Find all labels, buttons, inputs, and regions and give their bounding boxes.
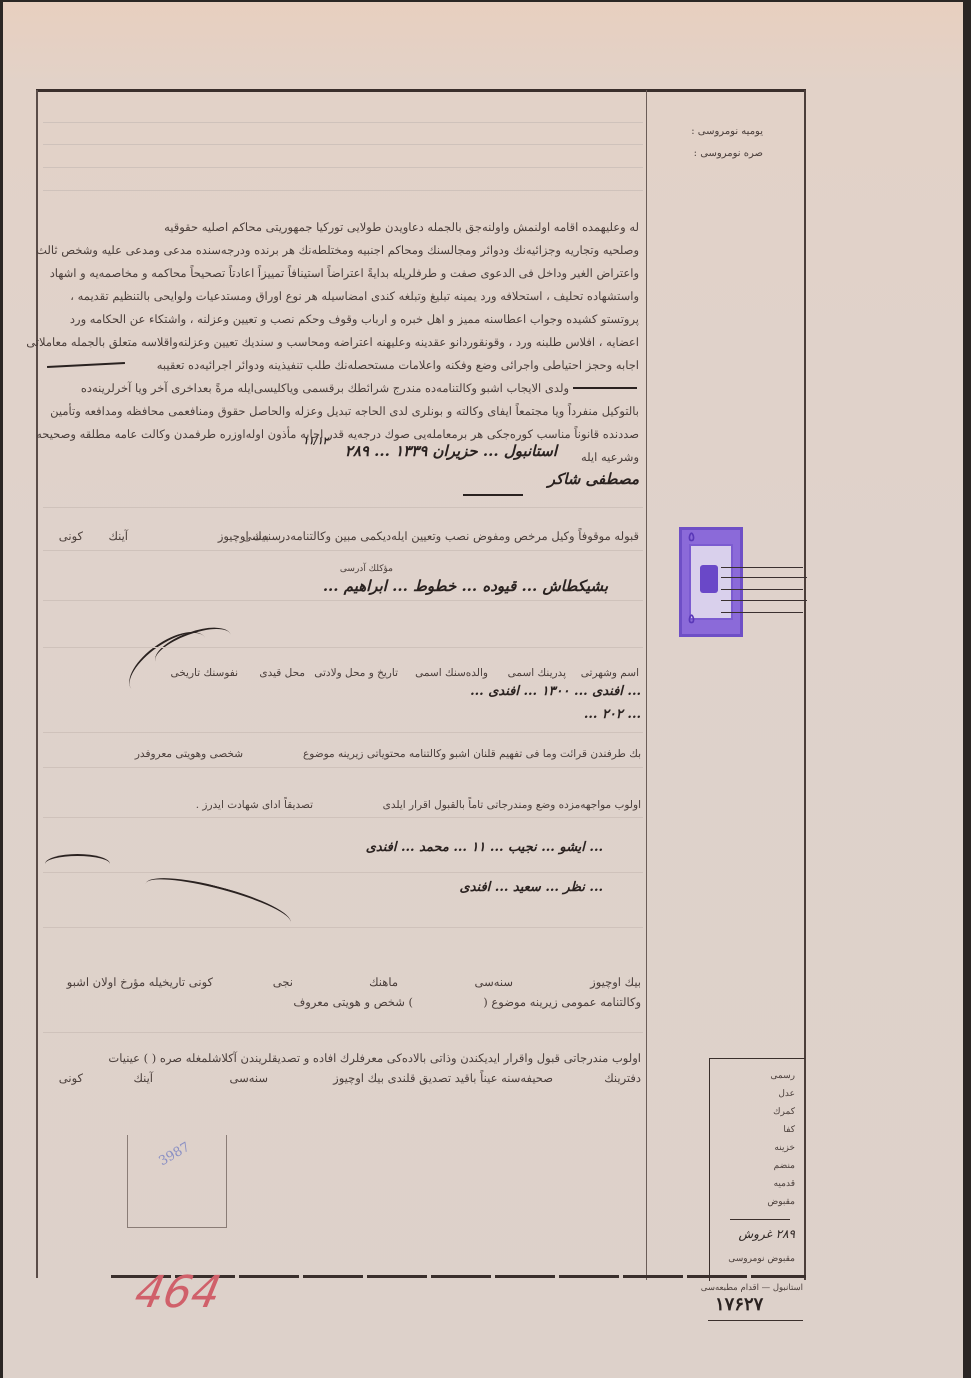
witness-handwritten-1: ... ایشو ... نجیب ... ۱۱ ... محمد ... اف…: [98, 840, 603, 855]
body-line-1: له وعلیهمده اقامه اولنمش واولنه‌جق بالجم…: [47, 217, 639, 237]
witness-handwritten-2: ... نظر ... سعید ... افندی: [253, 880, 603, 895]
bottom-form-number: ۱۷۶۲۷: [715, 1294, 763, 1315]
stamp-cancel-line: [721, 577, 807, 578]
fee-item: رسمی: [770, 1071, 795, 1081]
ruled-line: [43, 927, 643, 928]
identity-row-2: ... ۲۰۲ ...: [243, 707, 641, 722]
pen-stroke: [463, 494, 523, 496]
fee-item: کمرك: [773, 1107, 795, 1117]
notary-line1-p2: سنه‌سی: [473, 972, 513, 992]
ruled-line: [43, 550, 643, 551]
notary-line4-p4: آینك: [113, 1068, 153, 1088]
body-line-3: واعتراض الغیر وداخل فی الدعوی صفت و طرفل…: [47, 263, 639, 283]
body-line-2: وصلحیه وتجاریه وجزائیه‌نك ودوائر ومجالسن…: [47, 240, 639, 260]
ruled-line: [43, 1032, 643, 1033]
form-left-border: [36, 90, 38, 1278]
notary-line4-p2: صحیفه‌سنه عیناً باقید تصدیق قلندی بیك او…: [303, 1068, 553, 1088]
notary-line4-p5: کونی: [43, 1068, 83, 1088]
body-line-9: بالتوکیل منفرداً ویا مجتمعاً ایفای وکالت…: [47, 401, 639, 421]
stamp-cancel-line: [721, 567, 803, 568]
acceptance-day-label: کونی: [43, 526, 83, 546]
daily-number-label: یومیه نومروسی :: [663, 122, 763, 142]
pen-stroke: [47, 362, 125, 368]
notary-line2-p1: وکالتنامه عمومی زیرینه موضوع (: [443, 992, 641, 1012]
fee-item: کفا: [783, 1125, 795, 1135]
fee-item: عدل: [778, 1089, 795, 1099]
sequence-number-label: صره نومروسی :: [663, 144, 763, 164]
acceptance-month-label: آینك: [88, 526, 128, 546]
ruled-line: [43, 122, 643, 123]
notary-line4-p3: سنه‌سی: [228, 1068, 268, 1088]
stamp-emblem: [700, 565, 718, 593]
header-birth-date-place: تاریخ و محل ولادتی: [313, 663, 398, 683]
fee-item: قدمیه: [774, 1179, 795, 1189]
witness-text: بك طرفندن قرائت وما فی تفهیم قلنان اشبو …: [263, 744, 641, 764]
notary-line1-p4: نجی: [263, 972, 293, 992]
ruled-line: [43, 600, 643, 601]
witness-signature: [45, 854, 110, 874]
body-line-5: پروتستو کشیده وجواب اعطاسنه ممیز و اهل خ…: [47, 309, 639, 329]
notary-line3: اولوب مندرجاتی قبول واقرار ایدیکندن وذات…: [43, 1048, 641, 1068]
body-line-4: واستشهاده تحلیف ، استحلافه ورد یمینه تبل…: [47, 286, 639, 306]
handwritten-address: بشیکطاش ... قیوده ... خطوط ... ابراهیم .…: [153, 577, 608, 595]
body-line-6: اعضایه ، افلاس طلبنه ورد ، وقونقوردانو ع…: [47, 332, 639, 352]
document-paper: یومیه نومروسی : صره نومروسی : له وعلیهمد…: [3, 2, 963, 1378]
fee-item: منضم: [774, 1161, 795, 1171]
ruled-line: [43, 190, 643, 191]
header-father-name: پدرینك اسمی: [498, 663, 566, 683]
ruled-line: [43, 507, 643, 508]
body-line-8: ولدی الایجاب اشبو وکالتنامه‌ده مندرج شرا…: [47, 378, 569, 398]
stamp-cancel-line: [721, 589, 803, 590]
ruled-line: [43, 767, 643, 768]
notary-line2-p2: ) شخص و هویتی معروف: [283, 992, 413, 1012]
fees-total: ۲۸۹ غروش: [739, 1227, 796, 1241]
handwritten-fraction: ۱۱/۱۲: [303, 436, 328, 447]
ruled-line: [43, 647, 643, 648]
address-label: مؤکلك آدرسی: [333, 559, 393, 579]
fee-item: خزینه: [774, 1143, 795, 1153]
ruled-line: [43, 167, 643, 168]
header-registry-place: محل قیدی: [243, 663, 305, 683]
red-pencil-number: 464: [131, 1267, 226, 1318]
fee-item: مقبوض: [767, 1197, 795, 1207]
form-top-border: [36, 89, 806, 92]
confirmation-suffix: تصدیقاً ادای شهادت ایدرز .: [163, 795, 313, 815]
header-mother-name: والده‌سنك اسمی: [403, 663, 488, 683]
stamp-value-bottom: ٥: [688, 612, 695, 627]
handwritten-place-date: استانبول ... حزیران ۱۳۳۹ ... ۲۸۹: [47, 442, 557, 460]
identity-row-1: ... افندی ... ۱۳۰۰ ... افندی ...: [103, 684, 641, 699]
header-name: اسم وشهرتی: [571, 663, 639, 683]
receipt-number-label: مقبوض نومروسی: [728, 1254, 795, 1264]
ruled-line: [43, 144, 643, 145]
pen-stroke: [573, 387, 637, 389]
notary-line1-p1: بیك اوچیوز: [563, 972, 641, 992]
stamp-value-top: ٥: [688, 530, 695, 545]
stamp-cancel-line: [721, 600, 807, 601]
form-number-underline: [708, 1320, 803, 1321]
fees-sum-line: [730, 1219, 790, 1220]
notary-line1-p3: ماهنك: [358, 972, 398, 992]
header-census-date: نفوسنك تاریخی: [163, 663, 238, 683]
fees-box: رسمی عدل کمرك کفا خزینه منضم قدمیه مقبوض…: [709, 1058, 805, 1281]
handwritten-principal-name: مصطفی شاکر: [383, 470, 639, 488]
notary-line1-p5: کونی تاریخیله مؤرخ اولان اشبو: [43, 972, 213, 992]
acceptance-text: قبوله موقوفاً وکیل مرخص ومفوض نصب وتعیین…: [303, 526, 639, 546]
form-column-divider: [646, 90, 647, 1280]
body-line-10: صددنده قانوناً مناسب کوره‌جکی هر برمعامل…: [47, 424, 639, 444]
ruled-line: [43, 817, 643, 818]
ruled-line: [43, 872, 643, 873]
body-line-11: وشرعیه ایله: [563, 447, 639, 467]
witness-suffix: شخصی وهویتی معروفدر: [123, 744, 243, 764]
body-line-7: اجابه وحجز احتیاطی واجرائی وضع وفکنه واع…: [128, 355, 639, 375]
stamp-cancel-line: [721, 612, 803, 613]
notary-line4-p1: دفترینك: [583, 1068, 641, 1088]
revenue-stamp: ٥ ٥: [679, 527, 743, 637]
ruled-line: [43, 732, 643, 733]
confirmation-text: اولوب مواجهه‌مزده وضع ومندرجاتی تاماً با…: [373, 795, 641, 815]
acceptance-year-label: سنه‌سی: [241, 526, 281, 546]
